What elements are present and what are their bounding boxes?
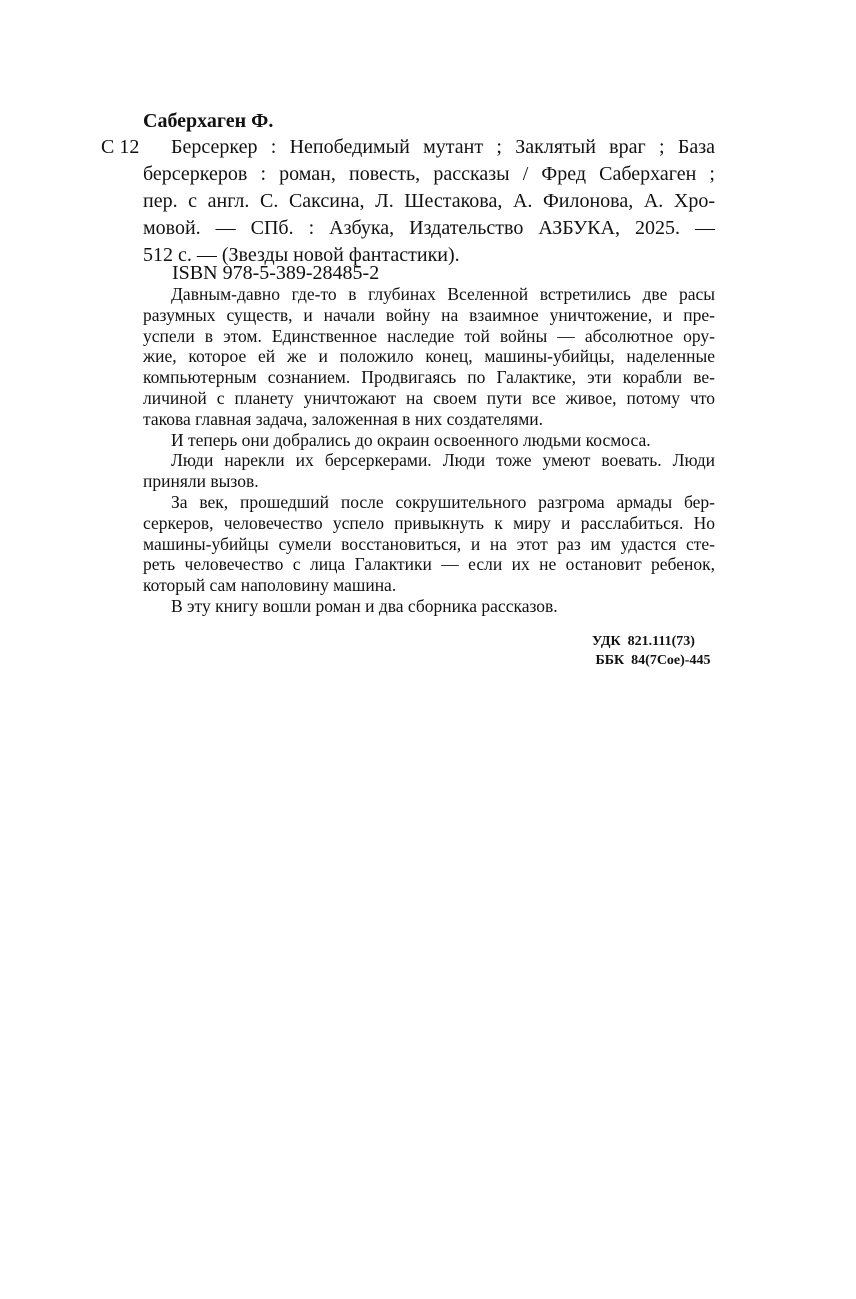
annotation-line: жие, которое ей же и положило конец, маш… (143, 346, 715, 367)
annotation-line: серкеров, человечество успело привыкнуть… (143, 513, 715, 534)
annotation-line: И теперь они добрались до окраин освоенн… (143, 430, 715, 451)
classification-codes: УДК 821.111(73) ББК 84(7Сое)-445 (592, 632, 710, 670)
biblio-line: мовой. — СПб. : Азбука, Издательство АЗБ… (143, 215, 715, 242)
annotation-line: реть человечество с лица Галактики — есл… (143, 554, 715, 575)
catalog-code: С 12 (101, 134, 139, 160)
annotation-line: личиной с планету уничтожают на своем пу… (143, 388, 715, 409)
bibliographic-record: Берсеркер : Непобедимый мутант ; Закляты… (143, 134, 715, 269)
annotation-line: который сам наполовину машина. (143, 575, 715, 596)
annotation-line: Давным-давно где-то в глубинах Вселенной… (143, 284, 715, 305)
annotation-line: компьютерным сознанием. Продвигаясь по Г… (143, 367, 715, 388)
biblio-line: берсеркеров : роман, повесть, рассказы /… (143, 161, 715, 188)
author-heading: Саберхаген Ф. (143, 108, 273, 134)
isbn: ISBN 978-5-389-28485-2 (172, 260, 379, 286)
bbk-code: ББК 84(7Сое)-445 (592, 651, 710, 670)
annotation-line: Люди нарекли их берсеркерами. Люди тоже … (143, 450, 715, 471)
biblio-line: пер. с англ. С. Саксина, Л. Шестакова, А… (143, 188, 715, 215)
udk-code: УДК 821.111(73) (592, 632, 710, 651)
annotation-line: разумных существ, и начали войну на взаи… (143, 305, 715, 326)
annotation-line: успели в этом. Единственное наследие той… (143, 326, 715, 347)
annotation-line: приняли вызов. (143, 471, 715, 492)
annotation: Давным-давно где-то в глубинах Вселенной… (143, 284, 715, 617)
annotation-line: машины-убийцы сумели восстановиться, и н… (143, 534, 715, 555)
annotation-line: За век, прошедший после сокрушительного … (143, 492, 715, 513)
biblio-line: Берсеркер : Непобедимый мутант ; Закляты… (143, 134, 715, 161)
annotation-line: такова главная задача, заложенная в них … (143, 409, 715, 430)
catalog-card-page: Саберхаген Ф. С 12 Берсеркер : Непобедим… (0, 0, 856, 1299)
annotation-line: В эту книгу вошли роман и два сборника р… (143, 596, 715, 617)
